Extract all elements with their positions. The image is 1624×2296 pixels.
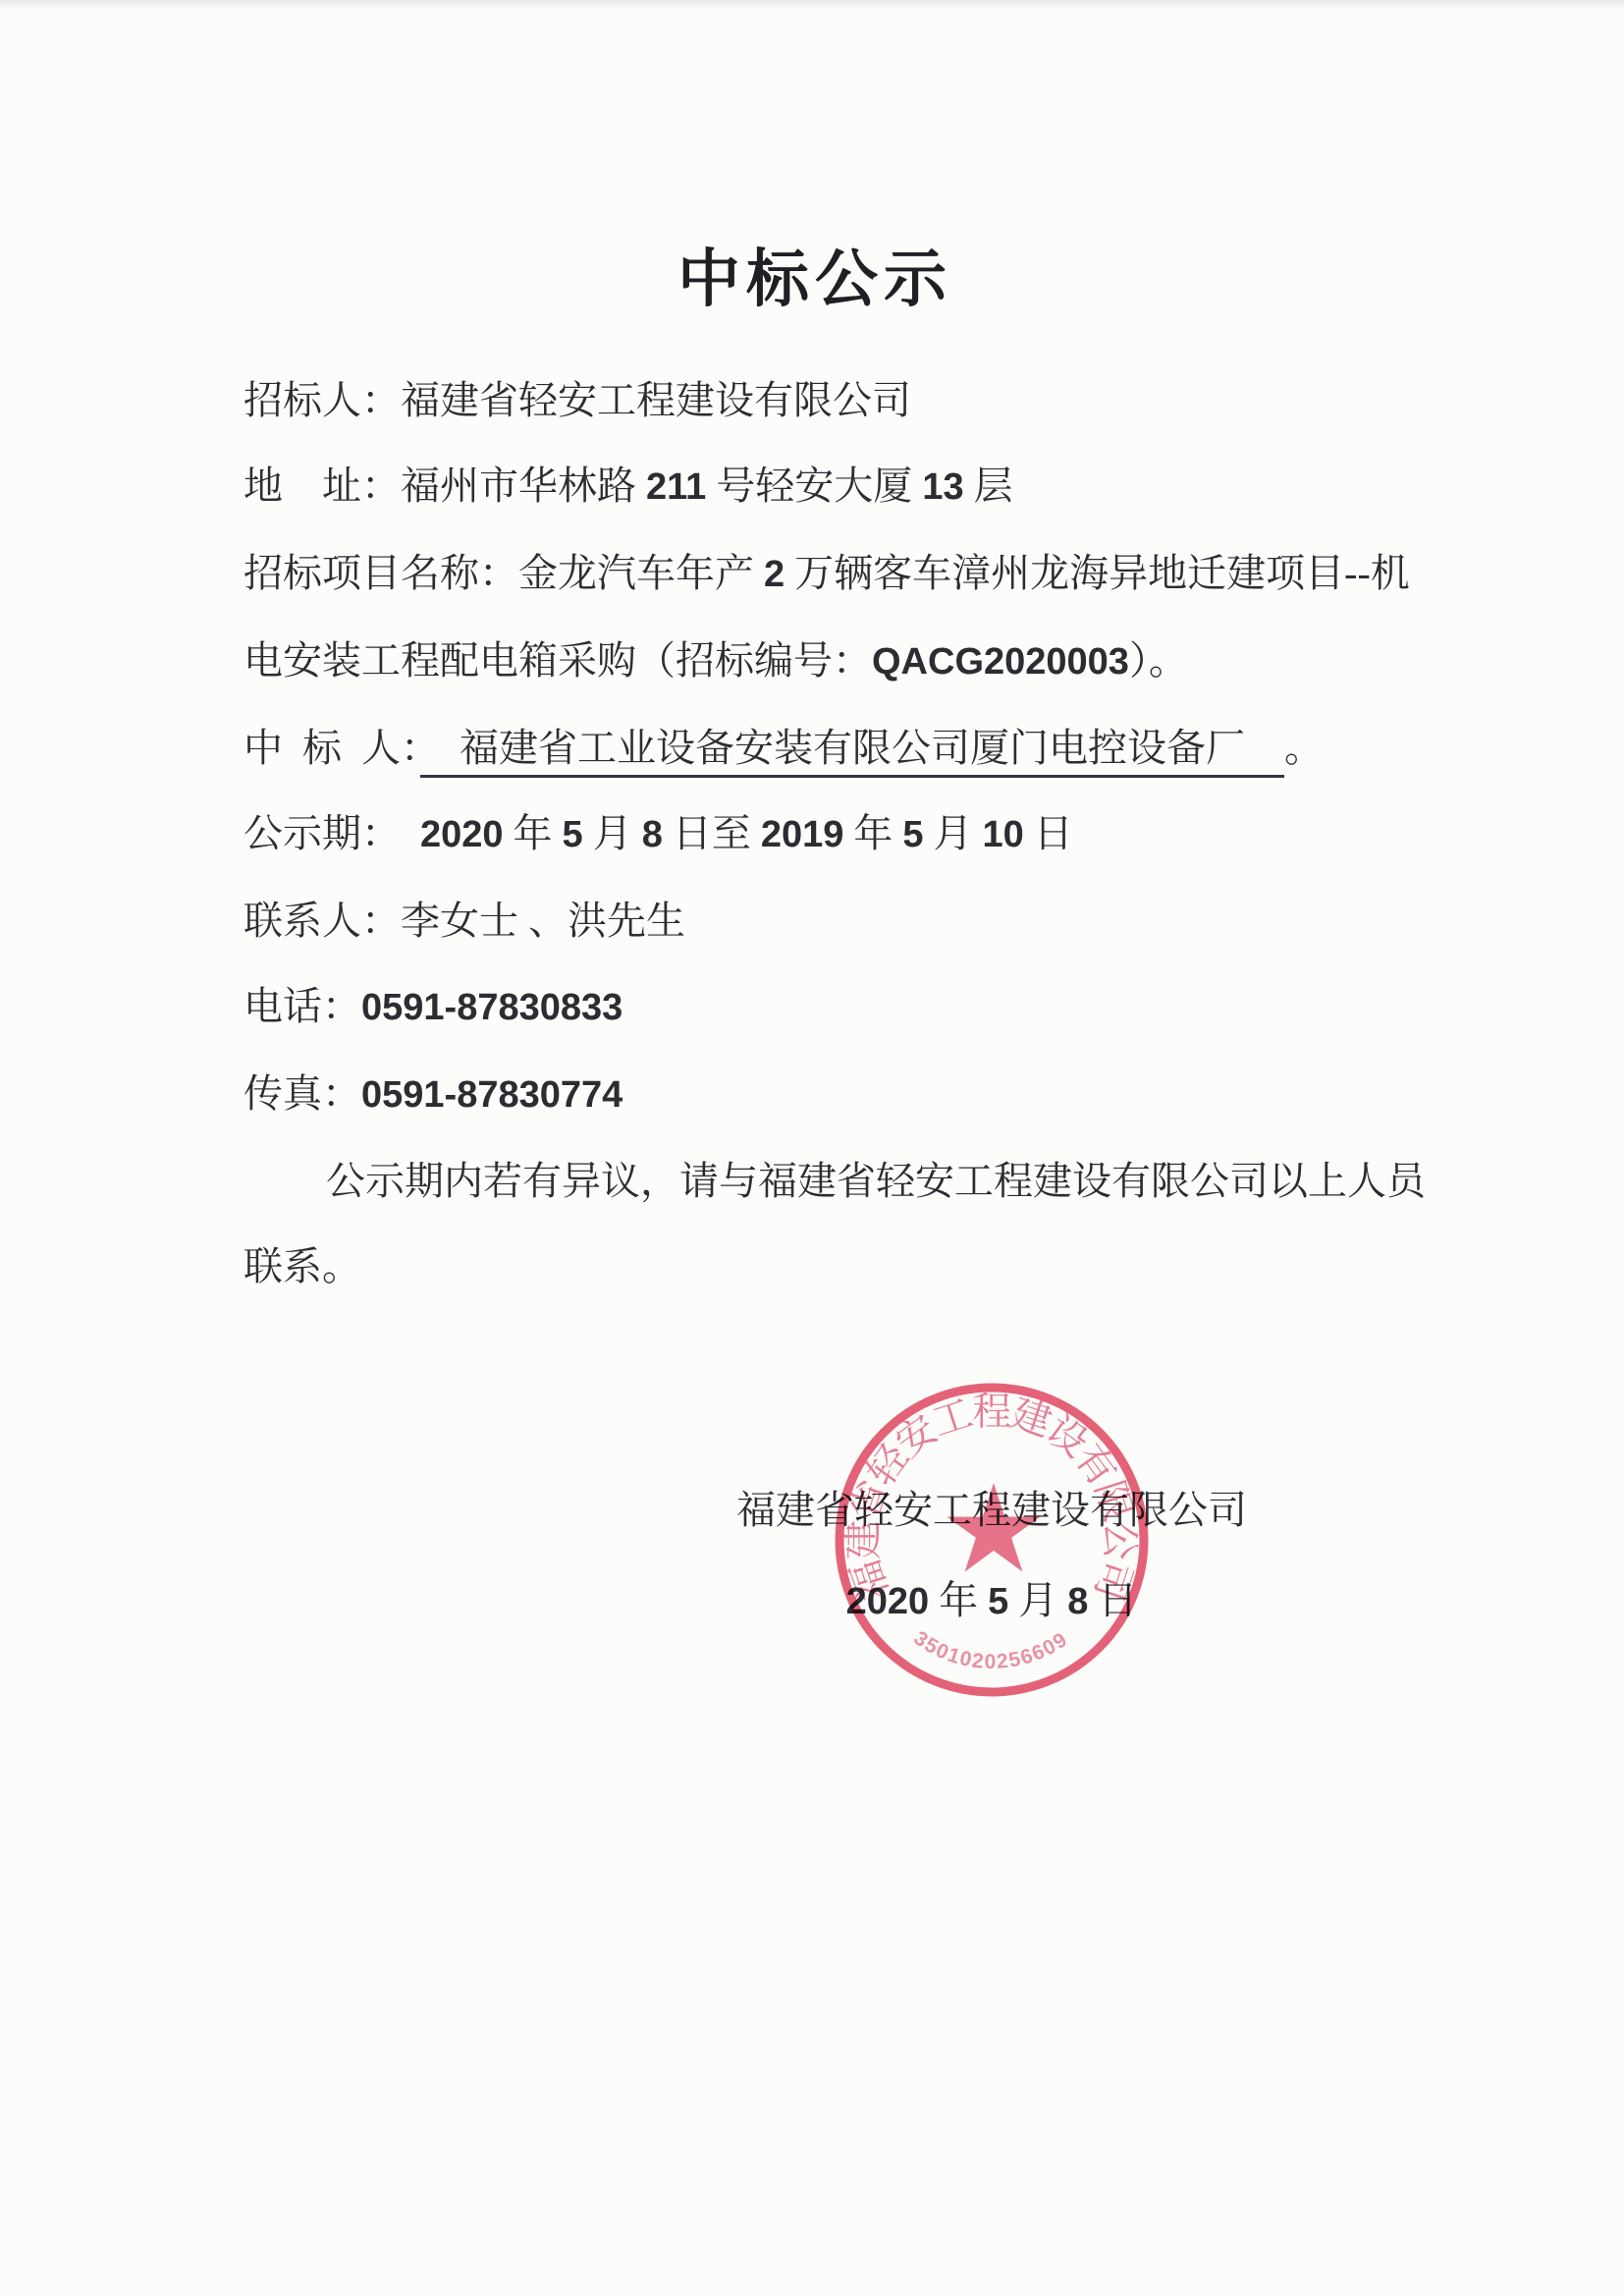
scan-edge-shadow [0,0,1624,10]
text-segment: 2020 [420,814,504,855]
text-segment: 中 标 人： [244,726,420,770]
document-body: 招标人：福建省轻安工程建设有限公司地 址：福州市华林路 211 号轻安大厦 13… [244,357,1461,1309]
text-segment: 号轻安大厦 [706,464,922,508]
text-segment: 年 [843,811,902,855]
text-segment: 万辆客车漳州龙海异地迁建项目--机 [785,551,1410,595]
line-contacts: 联系人：李女士 、洪先生 [244,878,1461,963]
text-segment: 日至 [663,811,761,855]
text-segment: QACG2020003 [872,641,1129,683]
text-segment: 0591-87830774 [361,1074,623,1116]
text-segment: 电话： [244,984,361,1028]
text-segment: 年 [504,811,563,855]
scanned-document-page: 中标公示 招标人：福建省轻安工程建设有限公司地 址：福州市华林路 211 号轻安… [0,0,1624,2296]
text-segment: 电安装工程配电箱采购（招标编号： [244,638,872,683]
line-objection-2: 联系。 [244,1224,1461,1309]
text-segment: 10 [983,814,1024,855]
text-segment: 月 [583,811,642,855]
text-segment: 招标项目名称：金龙汽车年产 [244,551,764,595]
line-winner: 中 标 人： 福建省工业设备安装有限公司厦门电控设备厂 。 [244,705,1461,791]
document-title: 中标公示 [242,229,1388,319]
seal-star-icon [947,1483,1040,1572]
text-segment: 5 [902,814,923,855]
text-segment: 地 址：福州市华林路 [244,464,646,508]
text-segment: 0591-87830833 [361,987,623,1028]
text-segment: ）。 [1129,638,1188,683]
text-segment: 2019 [761,814,844,855]
text-segment: 2 [764,554,785,595]
text-segment: 日 [1024,811,1073,855]
text-segment: 。 [1284,726,1324,770]
text-segment: 13 [922,466,963,508]
text-segment: 福建省工业设备安装有限公司厦门电控设备厂 [420,726,1284,778]
line-bidder: 招标人：福建省轻安工程建设有限公司 [244,357,1461,443]
text-segment: 8 [642,814,663,855]
line-objection-1: 公示期内若有异议，请与福建省轻安工程建设有限公司以上人员 [244,1138,1461,1224]
line-project-name-1: 招标项目名称：金龙汽车年产 2 万辆客车漳州龙海异地迁建项目--机 [244,530,1461,618]
seal-serial-number: 3501020256609 [909,1627,1070,1673]
text-segment: 公示期： [244,811,420,855]
text-segment: 211 [646,466,706,508]
text-segment: 招标人：福建省轻安工程建设有限公司 [244,378,911,422]
text-segment: 联系。 [244,1244,361,1288]
line-phone: 电话：0591-87830833 [244,963,1461,1051]
text-segment: 层 [964,464,1013,508]
text-segment: 公示期内若有异议，请与福建省轻安工程建设有限公司以上人员 [326,1159,1426,1203]
text-segment: 传真： [244,1071,361,1116]
line-address: 地 址：福州市华林路 211 号轻安大厦 13 层 [244,443,1461,530]
text-segment: 联系人：李女士 、洪先生 [244,899,685,943]
line-fax: 传真：0591-87830774 [244,1051,1461,1138]
text-segment: 5 [563,814,583,855]
text-segment: 月 [924,811,983,855]
line-project-name-2: 电安装工程配电箱采购（招标编号：QACG2020003）。 [244,618,1461,705]
company-seal-stamp: 福建省轻安工程建设有限公司 3501020256609 [825,1373,1159,1707]
line-publicity-period: 公示期： 2020 年 5 月 8 日至 2019 年 5 月 10 日 [244,791,1461,878]
